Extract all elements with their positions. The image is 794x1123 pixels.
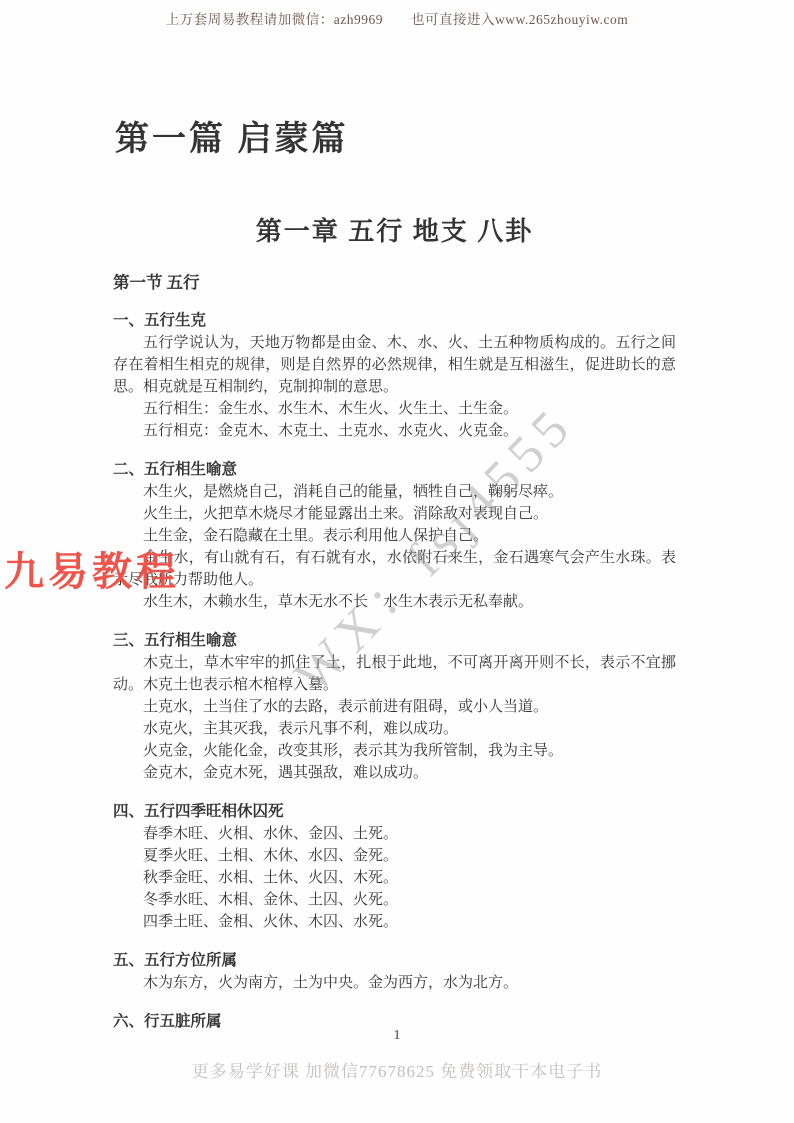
- paragraph: 五行学说认为，天地万物都是由金、木、水、火、土五种物质构成的。五行之间存在着相生…: [113, 332, 676, 398]
- page-footer-watermark: 更多易学好课 加微信77678625 免费领取干本电子书: [0, 1057, 794, 1082]
- paragraph: 木生火，是燃烧自己，消耗自己的能量，牺牲自己，鞠躬尽瘁。: [113, 481, 676, 503]
- section-heading: 四、五行四季旺相休囚死: [113, 801, 676, 823]
- book-part-title: 第一篇 启蒙篇: [115, 120, 676, 161]
- paragraph: 春季木旺、火相、水休、金囚、土死。: [113, 823, 676, 845]
- document-content: 第一篇 启蒙篇 第一章 五行 地支 八卦 第一节 五行 一、五行生克 五行学说认…: [113, 0, 676, 1033]
- paragraph: 四季土旺、金相、火休、木囚、水死。: [113, 911, 676, 933]
- document-page: 上万套周易教程请加微信：azh9969 也可直接进入www.265zhouyiw…: [0, 0, 794, 1123]
- paragraph: 秋季金旺、水相、土休、火囚、木死。: [113, 867, 676, 889]
- paragraph: 水克火，主其灭我，表示凡事不利，难以成功。: [113, 718, 676, 740]
- section-label: 第一节 五行: [113, 269, 676, 293]
- section-heading: 一、五行生克: [113, 310, 676, 332]
- paragraph: 火生土，火把草木烧尽才能显露出土来。消除敌对表现自己。: [113, 503, 676, 525]
- section-fangwei-suoshu: 五、五行方位所属 木为东方，火为南方，土为中央。金为西方，水为北方。: [113, 950, 676, 994]
- section-xiangsheng-yuyi: 二、五行相生喻意 木生火，是燃烧自己，消耗自己的能量，牺牲自己，鞠躬尽瘁。 火生…: [113, 459, 676, 613]
- section-heading: 五、五行方位所属: [113, 950, 676, 972]
- paragraph: 夏季火旺、土相、木休、水囚、金死。: [113, 845, 676, 867]
- page-number: 1: [0, 1028, 794, 1044]
- paragraph: 金生水，有山就有石，有石就有水，水依附石来生，金石遇寒气会产生水珠。表示尽我所力…: [113, 547, 676, 591]
- paragraph: 水生木，木赖水生，草木无水不长 水生木表示无私奉献。: [113, 591, 676, 613]
- paragraph: 土克水，土当住了水的去路，表示前进有阻碍，或小人当道。: [113, 696, 676, 718]
- paragraph: 冬季水旺、木相、金休、土囚、火死。: [113, 889, 676, 911]
- section-siji-wangxiang: 四、五行四季旺相休囚死 春季木旺、火相、水休、金囚、土死。 夏季火旺、土相、木休…: [113, 801, 676, 933]
- paragraph: 火克金，火能化金，改变其形，表示其为我所管制，我为主导。: [113, 740, 676, 762]
- paragraph: 五行相克：金克木、木克土、土克水、水克火、火克金。: [113, 420, 676, 442]
- paragraph: 土生金，金石隐藏在土里。表示利用他人保护自己。: [113, 525, 676, 547]
- paragraph: 木克土，草木牢牢的抓住了土，扎根于此地，不可离开离开则不长，表示不宜挪动。木克土…: [113, 652, 676, 696]
- paragraph: 木为东方，火为南方，土为中央。金为西方，水为北方。: [113, 972, 676, 994]
- section-xiangke-yuyi: 三、五行相生喻意 木克土，草木牢牢的抓住了土，扎根于此地，不可离开离开则不长，表…: [113, 630, 676, 784]
- red-stamp-watermark: 九易教程: [4, 540, 180, 597]
- chapter-title: 第一章 五行 地支 八卦: [113, 211, 676, 248]
- paragraph: 金克木，金克木死，遇其强敌，难以成功。: [113, 762, 676, 784]
- section-wuxing-shengke: 一、五行生克 五行学说认为，天地万物都是由金、木、水、火、土五种物质构成的。五行…: [113, 310, 676, 442]
- section-heading: 三、五行相生喻意: [113, 630, 676, 652]
- paragraph: 五行相生：金生水、水生木、木生火、火生土、土生金。: [113, 398, 676, 420]
- section-heading: 二、五行相生喻意: [113, 459, 676, 481]
